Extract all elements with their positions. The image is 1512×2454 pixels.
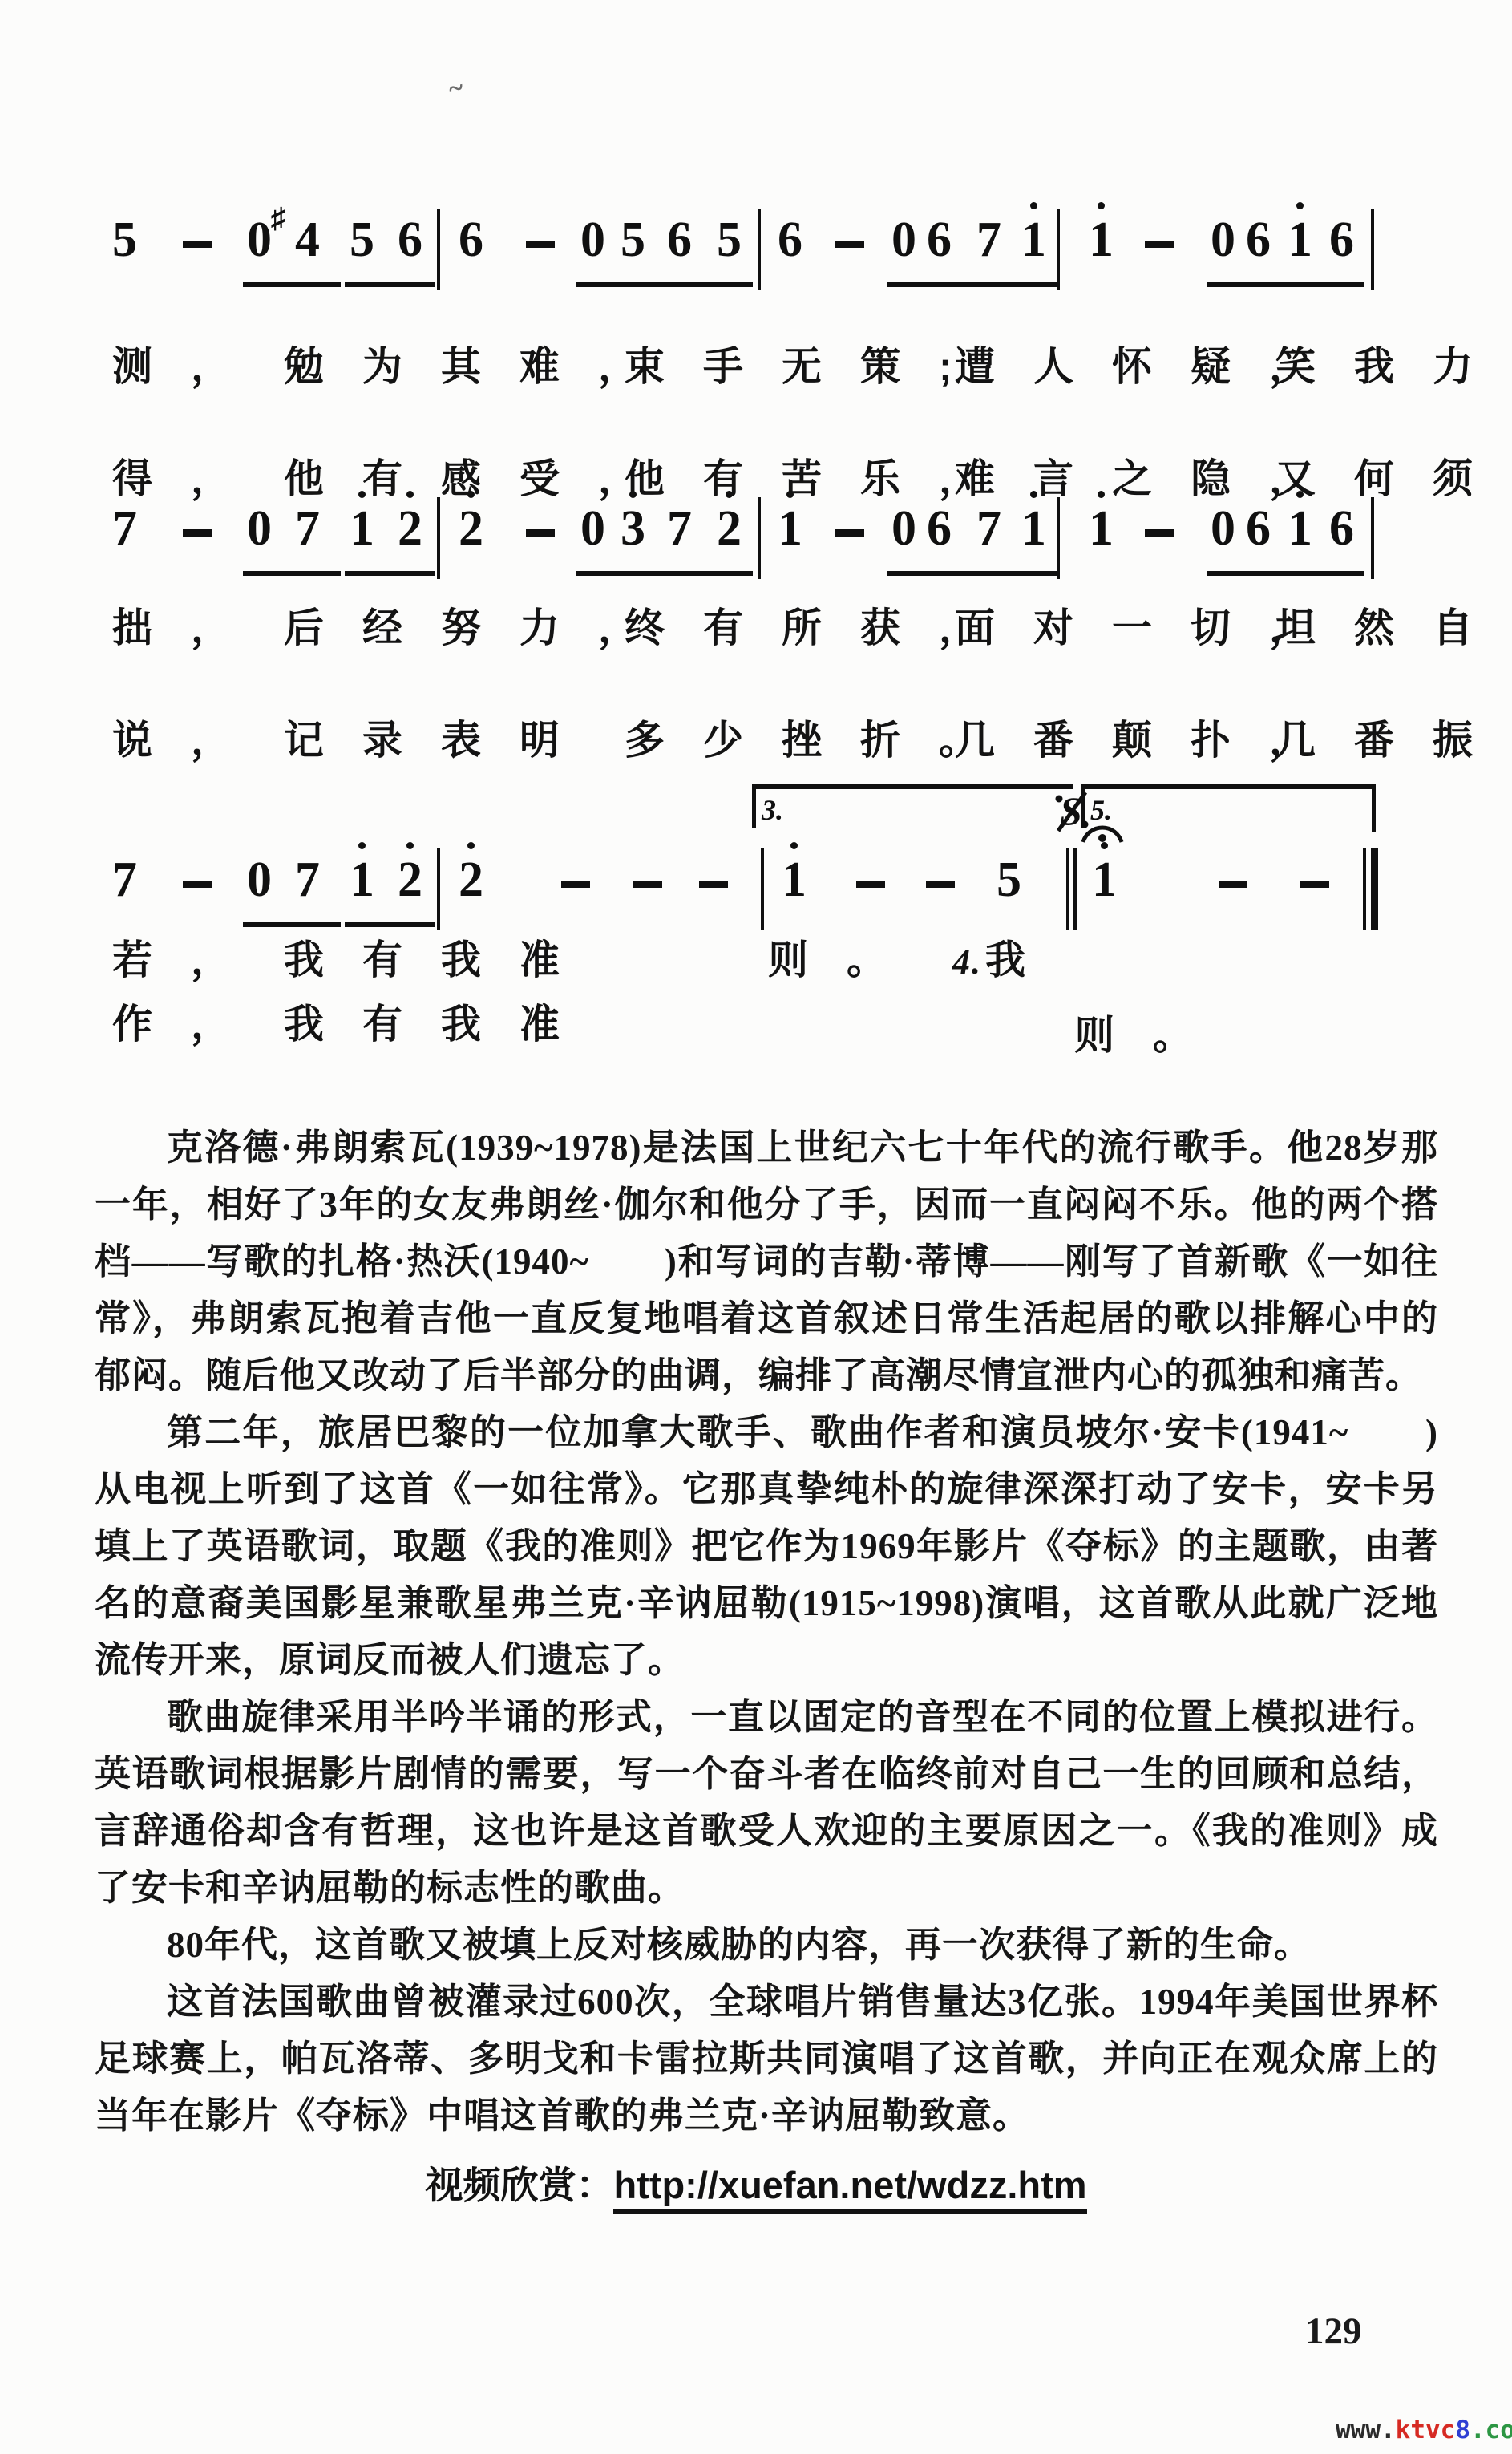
svg-text:S: S: [1060, 788, 1082, 833]
note-digit: 6: [667, 215, 692, 265]
lyric-row-1: 测，勉为其难，束手无策;遭人怀疑，笑我力: [0, 346, 1512, 403]
music-line-3: 707122151: [0, 855, 1512, 943]
lyric-phrase: 束手无策;: [625, 346, 991, 387]
beam-underline: [887, 282, 974, 287]
lyric-phrase: 勉为其难，: [284, 346, 677, 387]
watermark-8: 8: [1455, 2416, 1470, 2444]
dash-note: [1145, 529, 1174, 537]
lyric-row-4: 说，记录表明多少挫折。几番颠扑，几番振: [0, 720, 1512, 776]
note-digit: 2: [398, 855, 422, 905]
lyric-phrase: 记录表明: [284, 720, 598, 760]
lyric-phrase: 后经努力，: [284, 608, 677, 648]
dash-note: [835, 529, 864, 537]
music-line-1: 504♯56605656067110616: [0, 215, 1512, 303]
double-barline: [1073, 848, 1077, 930]
lyric-phrase: 拙，: [112, 608, 269, 648]
beam-underline: [972, 571, 1059, 576]
dash-note: [526, 241, 555, 248]
octave-dot: [1098, 202, 1105, 209]
beam-underline: [345, 571, 435, 576]
beam-underline: [576, 282, 663, 287]
volta-5-bracket-tick-right: [1372, 784, 1376, 832]
watermark-ktvc: ktvc: [1396, 2416, 1456, 2444]
volta-5-bracket-line: [1081, 784, 1376, 789]
beam-underline: [1207, 282, 1285, 287]
beam-underline: [663, 282, 753, 287]
watermark-com: .com: [1470, 2416, 1512, 2444]
article-paragraph-3: 歌曲旋律采用半吟半诵的形式，一直以固定的音型在不同的位置上模拟进行。英语歌词根据…: [95, 1689, 1438, 1917]
scanned-songbook-page: ~ 504♯56605656067110616 7071220372106711…: [0, 0, 1512, 2454]
dash-note: [835, 241, 864, 248]
dash-note: [699, 881, 728, 888]
octave-dot: [358, 842, 366, 849]
note-digit: 1: [1092, 855, 1117, 905]
note-digit: 0: [247, 215, 272, 265]
note-digit: 1: [1021, 215, 1046, 265]
lyric-phrase: 几番振: [1275, 720, 1511, 760]
octave-dot: [790, 842, 798, 849]
note-digit: 0: [580, 215, 605, 265]
note-digit: 1: [1089, 215, 1114, 265]
note-digit: 6: [778, 215, 802, 265]
fermata-icon: [1081, 816, 1124, 849]
watermark-ktvc8: www.ktvc8.com: [1336, 2416, 1512, 2444]
note-digit: 1: [782, 855, 807, 905]
octave-dot: [467, 842, 475, 849]
lyric-phrase: 笑我力: [1275, 346, 1511, 387]
note-digit: 2: [459, 855, 483, 905]
dash-note: [856, 881, 885, 888]
lyric-phrase: 测，: [112, 346, 269, 387]
beam-underline: [887, 571, 974, 576]
note-digit: 1: [350, 855, 374, 905]
note-digit: 5: [621, 215, 645, 265]
beam-underline: [576, 571, 663, 576]
note-digit: 0: [891, 215, 916, 265]
lyric-phrase: 得，: [112, 459, 269, 499]
dash-note: [526, 529, 555, 537]
octave-dot: [406, 842, 414, 849]
lyric-row-5: 若，我有我准则。4.我: [0, 940, 1512, 996]
article-paragraph-5: 这首法国歌曲曾被灌录过600次，全球唱片销售量达3亿张。1994年美国世界杯足球…: [95, 1974, 1438, 2144]
barline: [758, 209, 761, 290]
final-barline-thin: [1363, 848, 1366, 930]
lyric-row-2: 得，他有感受，他有苦乐，难言之隐，又何须: [0, 459, 1512, 515]
lyric-row-3: 拙，后经努力，终有所获，面对一切，坦然自: [0, 608, 1512, 664]
final-barline-thick: [1371, 848, 1378, 930]
beam-underline: [663, 571, 753, 576]
scan-smudge-artifact: ~: [446, 73, 466, 106]
beam-underline: [243, 571, 341, 576]
lyric-phrase: 则。: [1074, 1015, 1231, 1055]
beam-underline: [1284, 571, 1364, 576]
note-digit: 4: [295, 215, 320, 265]
article-paragraph-4: 80年代，这首歌又被填上反对核威胁的内容，再一次获得了新的生命。: [95, 1917, 1438, 1974]
note-digit: 0: [1211, 215, 1235, 265]
beam-underline: [1284, 282, 1364, 287]
barline: [761, 848, 764, 930]
note-digit: 5: [997, 855, 1021, 905]
lyric-phrase: 坦然自: [1275, 608, 1511, 648]
article-paragraph-2: 第二年，旅居巴黎的一位加拿大歌手、歌曲作者和演员坡尔·安卡(1941~ )从电视…: [95, 1404, 1438, 1689]
barline: [437, 209, 440, 290]
lyric-phrase: 作，: [112, 1004, 269, 1044]
lyric-phrase: 我有我准: [284, 940, 598, 980]
note-digit: 6: [459, 215, 483, 265]
volta-3-bracket-line: [752, 784, 1073, 789]
note-digit: 7: [976, 215, 1001, 265]
beam-underline: [243, 922, 341, 927]
song-history-article: 克洛德·弗朗索瓦(1939~1978)是法国上世纪六七十年代的流行歌手。他28岁…: [95, 1120, 1438, 2144]
verse-number: 4.: [952, 942, 982, 982]
lyric-phrase: 说，: [112, 720, 269, 760]
dash-note: [1300, 881, 1329, 888]
video-appreciation-line: 视频欣赏：http://xuefan.net/wdzz.htm: [0, 2156, 1512, 2209]
octave-dot: [1030, 202, 1037, 209]
dash-note: [183, 881, 212, 888]
dash-note: [183, 529, 212, 537]
double-barline: [1066, 848, 1069, 930]
note-digit: 5: [350, 215, 374, 265]
music-line-2: 70712203721067110616: [0, 504, 1512, 592]
volta-3-label: 3.: [762, 796, 783, 824]
dash-note: [183, 241, 212, 248]
note-digit: 6: [927, 215, 952, 265]
lyric-phrase: 我有我准: [284, 1004, 598, 1044]
page-number: 129: [1305, 2310, 1362, 2353]
article-paragraph-1: 克洛德·弗朗索瓦(1939~1978)是法国上世纪六七十年代的流行歌手。他28岁…: [95, 1120, 1438, 1404]
lyric-row-6: 作，我有我准则。: [0, 1004, 1512, 1060]
note-digit: 5: [717, 215, 742, 265]
note-digit: 7: [295, 855, 320, 905]
note-digit: 1: [1288, 215, 1312, 265]
note-digit: 6: [1329, 215, 1354, 265]
dash-note: [1219, 881, 1247, 888]
dash-note: [561, 881, 590, 888]
video-url-link: http://xuefan.net/wdzz.htm: [613, 2164, 1086, 2214]
barline: [1057, 209, 1060, 290]
sharp-icon: ♯: [271, 204, 285, 233]
beam-underline: [243, 282, 341, 287]
watermark-www: www.: [1336, 2416, 1396, 2444]
dash-note: [633, 881, 662, 888]
beam-underline: [345, 922, 435, 927]
lyric-phrase: 他有感受，: [284, 459, 677, 499]
dash-note: [926, 881, 955, 888]
volta-3-bracket-tick: [752, 784, 756, 828]
beam-underline: [345, 282, 435, 287]
video-label: 视频欣赏：: [425, 2164, 613, 2206]
note-digit: 5: [112, 215, 137, 265]
lyric-phrase: 若，: [112, 940, 269, 980]
lyric-phrase: 则。: [768, 940, 925, 980]
beam-underline: [1207, 571, 1285, 576]
lyric-phrase: 又何须: [1275, 459, 1511, 499]
barline: [1371, 209, 1374, 290]
note-digit: 7: [112, 855, 137, 905]
note-digit: 0: [247, 855, 272, 905]
lyric-phrase: 4.我: [952, 940, 1064, 982]
barline: [437, 848, 440, 930]
note-digit: 6: [398, 215, 422, 265]
octave-dot: [1296, 202, 1304, 209]
dash-note: [1145, 241, 1174, 248]
beam-underline: [972, 282, 1059, 287]
note-digit: 6: [1246, 215, 1271, 265]
